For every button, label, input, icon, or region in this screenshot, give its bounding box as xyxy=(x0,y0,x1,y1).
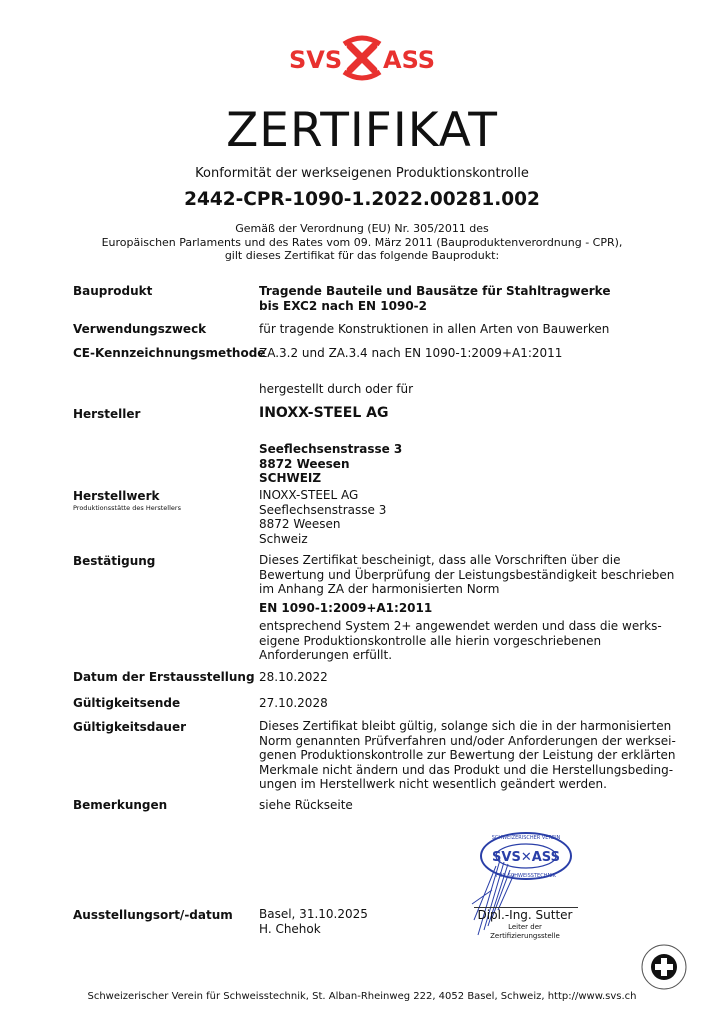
norm-reference: EN 1090-1:2009+A1:2011 xyxy=(259,601,679,616)
label-bauprodukt: Bauprodukt xyxy=(73,284,152,298)
signatory-name: Dipl.-Ing. Sutter xyxy=(470,908,580,922)
label-erstausstellung: Datum der Erstausstellung xyxy=(73,670,255,684)
swiss-accreditation-icon xyxy=(640,943,688,991)
footer-address: Schweizerischer Verein für Schweisstechn… xyxy=(0,991,724,1002)
subtitle: Konformität der werkseigenen Produktions… xyxy=(0,166,724,181)
value-bestaetigung: Dieses Zertifikat bescheinigt, dass alle… xyxy=(259,553,679,663)
value-ce-method: ZA.3.2 und ZA.3.4 nach EN 1090-1:2009+A1… xyxy=(259,346,679,361)
manufactured-by-note: hergestellt durch oder für xyxy=(259,382,679,397)
svg-text:SCHWEIZERISCHER VEREIN: SCHWEIZERISCHER VEREIN xyxy=(492,835,561,841)
manufacturer-address: Seeflechsenstrasse 3 8872 Weesen SCHWEIZ xyxy=(259,442,679,486)
value-bemerkungen: siehe Rückseite xyxy=(259,798,679,813)
label-gueltigkeitsdauer: Gültigkeitsdauer xyxy=(73,720,186,734)
label-hersteller: Hersteller xyxy=(73,407,140,421)
value-herstellwerk: INOXX-STEEL AG Seeflechsenstrasse 3 8872… xyxy=(259,488,679,546)
manufacturer-name: INOXX-STEEL AG xyxy=(259,406,679,421)
label-ce-method: CE-Kennzeichnungsmethode xyxy=(73,346,265,360)
label-bestaetigung: Bestätigung xyxy=(73,554,155,568)
svs-x-logo-icon: SVS ASS xyxy=(287,34,437,82)
label-herstellwerk: Herstellwerk Produktionsstätte des Herst… xyxy=(73,489,181,512)
label-gueltigkeitsende: Gültigkeitsende xyxy=(73,696,180,710)
label-ausstellung: Ausstellungsort/-datum xyxy=(73,908,233,922)
certificate-number: 2442-CPR-1090-1.2022.00281.002 xyxy=(0,189,724,210)
page-title: ZERTIFIKAT xyxy=(0,103,724,158)
svg-text:ASS: ASS xyxy=(383,46,435,74)
intro-text: Gemäß der Verordnung (EU) Nr. 305/2011 d… xyxy=(0,222,724,263)
svs-ass-logo: SVS ASS xyxy=(0,34,724,86)
label-herstellwerk-sub: Produktionsstätte des Herstellers xyxy=(73,504,181,512)
signatory-role: Leiter der Zertifizierungsstelle xyxy=(470,923,580,941)
label-bemerkungen: Bemerkungen xyxy=(73,798,167,812)
value-erstausstellung: 28.10.2022 xyxy=(259,670,679,685)
label-verwendungszweck: Verwendungszweck xyxy=(73,322,206,336)
value-gueltigkeitsdauer: Dieses Zertifikat bleibt gültig, solange… xyxy=(259,719,679,792)
value-ausstellung: Basel, 31.10.2025 H. Chehok xyxy=(259,907,679,936)
value-verwendungszweck: für tragende Konstruktionen in allen Art… xyxy=(259,322,679,337)
value-bauprodukt: Tragende Bauteile und Bausätze für Stahl… xyxy=(259,284,679,313)
svg-text:SVS: SVS xyxy=(289,46,342,74)
value-gueltigkeitsende: 27.10.2028 xyxy=(259,696,679,711)
